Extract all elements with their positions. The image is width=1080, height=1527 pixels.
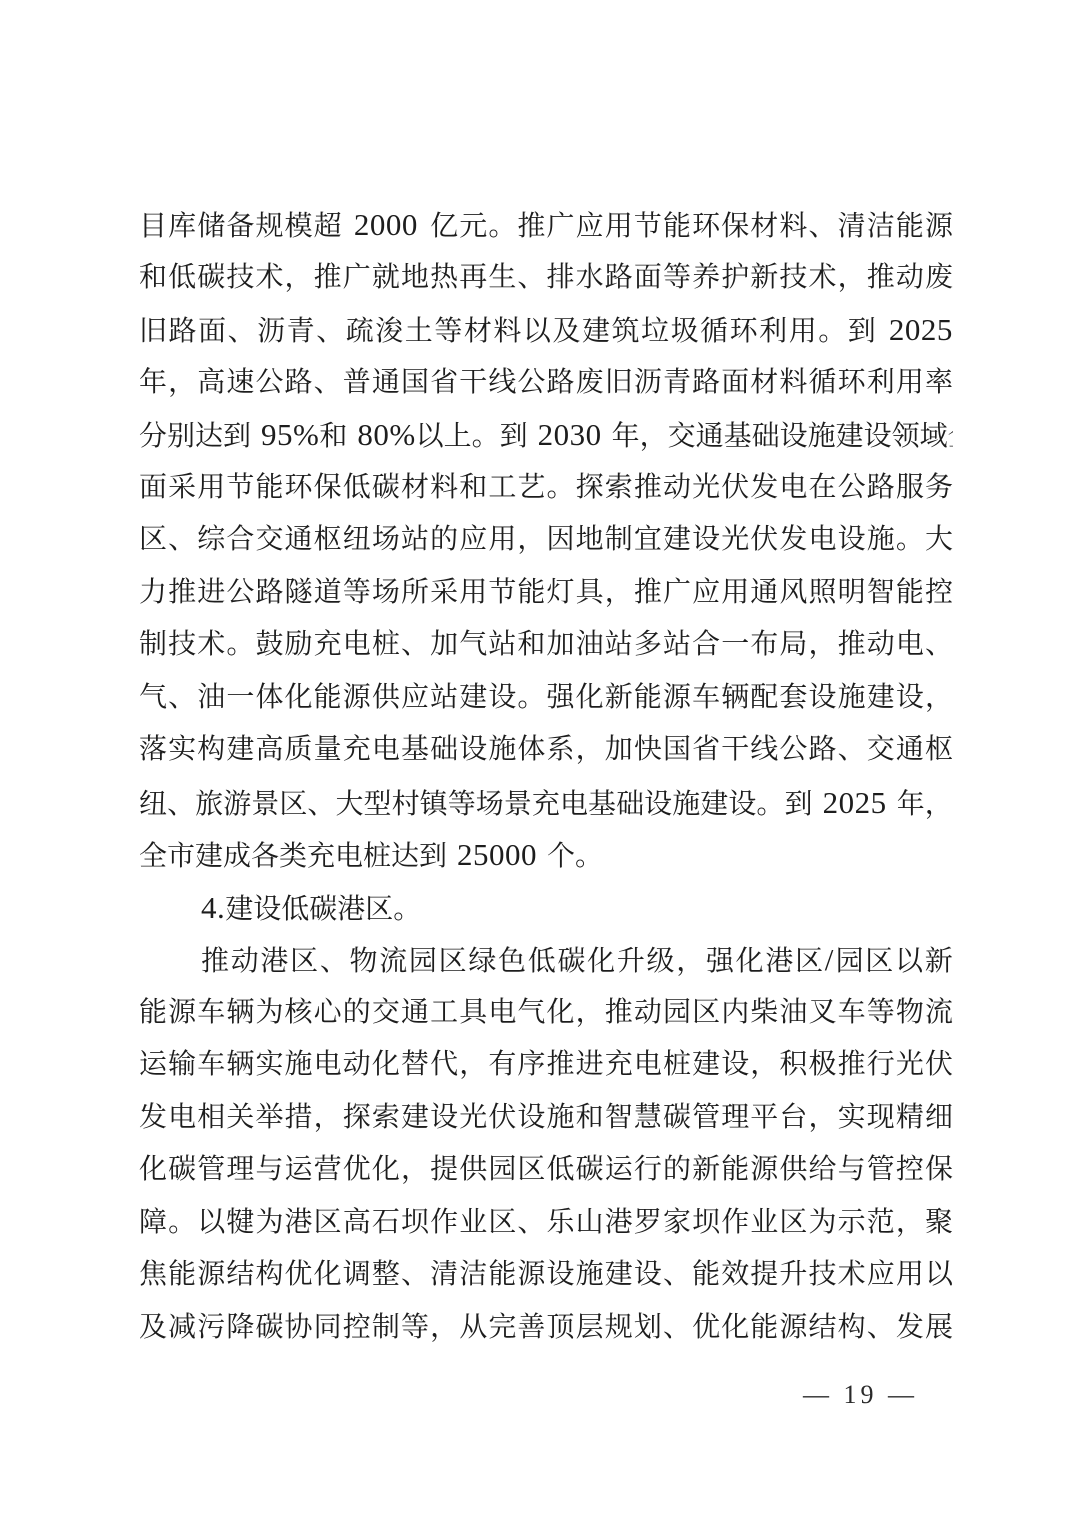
glyph: 快 xyxy=(634,724,662,777)
glyph: 域 xyxy=(920,411,948,462)
glyph: 有 xyxy=(488,1039,516,1092)
glyph: 高 xyxy=(255,724,283,777)
glyph: 障 xyxy=(139,1197,167,1250)
glyph: 作 xyxy=(721,1197,749,1250)
glyph: 化 xyxy=(314,1249,342,1302)
glyph: 辆 xyxy=(721,672,749,725)
glyph: 、 xyxy=(168,672,196,725)
glyph: 基 xyxy=(588,779,616,830)
glyph: 充 xyxy=(307,831,335,882)
glyph: 。 xyxy=(756,779,784,830)
glyph: 技 xyxy=(226,252,254,305)
text-line: 能源车辆为核心的交通工具电气化，推动园区内柴油叉车等物流 xyxy=(139,987,953,1040)
text-line: 焦能源结构优化调整、清洁能源设施建设、能效提升技术应用以 xyxy=(139,1249,953,1302)
glyph: 率 xyxy=(925,357,953,410)
glyph: ， xyxy=(517,514,545,567)
glyph: 建 xyxy=(692,1039,720,1092)
glyph: 励 xyxy=(285,619,313,672)
glyph: 运 xyxy=(605,1144,633,1197)
glyph: 速 xyxy=(226,357,254,410)
glyph: ， xyxy=(401,1144,429,1197)
glyph: 结 xyxy=(226,1249,254,1302)
glyph: 用 xyxy=(896,357,924,410)
glyph: 通 xyxy=(696,411,724,462)
glyph: 代 xyxy=(430,1039,458,1092)
glyph: 桩 xyxy=(363,831,391,882)
glyph: 发 xyxy=(139,1092,167,1145)
glyph: 能 xyxy=(634,672,662,725)
glyph: 优 xyxy=(285,1249,313,1302)
glyph: 管 xyxy=(197,1144,225,1197)
glyph: 鼓 xyxy=(255,619,283,672)
glyph: 区 xyxy=(692,987,720,1040)
glyph: 构 xyxy=(197,724,225,777)
glyph: 2000 xyxy=(354,199,418,252)
glyph: 青 xyxy=(663,357,691,410)
glyph: 、 xyxy=(517,252,545,305)
glyph: 车 xyxy=(197,987,225,1040)
glyph: 、 xyxy=(401,1249,429,1302)
glyph: 站 xyxy=(663,619,691,672)
glyph: 施 xyxy=(867,514,895,567)
glyph: 与 xyxy=(838,1144,866,1197)
glyph: 污 xyxy=(197,1302,225,1355)
glyph: 公 xyxy=(838,462,866,515)
glyph: 行 xyxy=(634,1144,662,1197)
glyph: 加 xyxy=(430,619,458,672)
glyph: 年 xyxy=(897,779,925,830)
document-body: 目库储备规模超2000亿元。推广应用节能环保材料、清洁能源和低碳技术，推广就地热… xyxy=(139,199,953,1354)
glyph: 灯 xyxy=(547,567,575,620)
glyph: 、 xyxy=(307,779,335,830)
glyph: 绿 xyxy=(468,936,496,987)
glyph: 干 xyxy=(459,357,487,410)
glyph: 园 xyxy=(409,936,437,987)
glyph: 为 xyxy=(809,1197,837,1250)
glyph: 区 xyxy=(779,1197,807,1250)
glyph: 气 xyxy=(459,619,487,672)
glyph: 、 xyxy=(809,201,837,252)
glyph: 整 xyxy=(372,1249,400,1302)
glyph: 采 xyxy=(430,567,458,620)
glyph: 通 xyxy=(896,724,924,777)
glyph: 应 xyxy=(401,672,429,725)
glyph: 4. xyxy=(201,882,225,935)
glyph: 的 xyxy=(663,1144,691,1197)
glyph: 光 xyxy=(896,1039,924,1092)
glyph: 探 xyxy=(576,462,604,515)
space xyxy=(419,234,429,235)
glyph: 布 xyxy=(750,619,778,672)
glyph: 。 xyxy=(168,1197,196,1250)
glyph: 环 xyxy=(692,201,720,252)
glyph: 源 xyxy=(168,987,196,1040)
glyph: 一 xyxy=(226,672,254,725)
text-line: 年，高速公路、普通国省干线公路废旧沥青路面材料循环利用率 xyxy=(139,357,953,410)
glyph: 强 xyxy=(706,936,734,987)
glyph: 能 xyxy=(750,1302,778,1355)
glyph: 路 xyxy=(809,724,837,777)
text-line: 目库储备规模超2000亿元。推广应用节能环保材料、清洁能源 xyxy=(139,199,953,252)
glyph: 材 xyxy=(750,357,778,410)
glyph: 等 xyxy=(401,1302,429,1355)
glyph: 设 xyxy=(459,724,487,777)
glyph: 落 xyxy=(139,724,167,777)
glyph: 工 xyxy=(430,987,458,1040)
glyph: 建 xyxy=(225,884,253,935)
glyph: 、 xyxy=(228,306,256,357)
glyph: 因 xyxy=(547,514,575,567)
glyph: 为 xyxy=(255,987,283,1040)
glyph: 化 xyxy=(587,936,615,987)
glyph: 交 xyxy=(867,724,895,777)
glyph: 为 xyxy=(255,1197,283,1250)
glyph: 大 xyxy=(925,514,953,567)
glyph: 旅 xyxy=(195,779,223,830)
glyph: 料 xyxy=(779,357,807,410)
glyph: 能 xyxy=(255,462,283,515)
glyph: 广 xyxy=(547,201,575,252)
glyph: 低 xyxy=(343,462,371,515)
glyph: 家 xyxy=(663,1197,691,1250)
glyph: 。 xyxy=(488,201,516,252)
glyph: 辆 xyxy=(226,987,254,1040)
glyph: ， xyxy=(640,411,668,462)
glyph: 术 xyxy=(838,1249,866,1302)
paragraph-low-carbon-port-body: 推动港区、物流园区绿色低碳化升级，强化港区/园区以新能源车辆为核心的交通工具电气… xyxy=(139,934,953,1354)
glyph: 元 xyxy=(459,201,487,252)
glyph: 设 xyxy=(430,1092,458,1145)
glyph: 源 xyxy=(925,201,953,252)
glyph: 疏 xyxy=(346,306,374,357)
glyph: 的 xyxy=(343,987,371,1040)
glyph: 设 xyxy=(547,1249,575,1302)
glyph: 沥 xyxy=(634,357,662,410)
glyph: 材 xyxy=(464,306,492,357)
glyph: 循 xyxy=(700,306,728,357)
document-page: 目库储备规模超2000亿元。推广应用节能环保材料、清洁能源和低碳技术，推广就地热… xyxy=(0,0,1080,1527)
glyph: 发 xyxy=(896,1302,924,1355)
glyph: 构 xyxy=(838,1302,866,1355)
glyph: 高 xyxy=(197,357,225,410)
glyph: 在 xyxy=(809,462,837,515)
glyph: 理 xyxy=(226,1144,254,1197)
page-number: — 19 — xyxy=(803,1380,918,1410)
glyph: 。 xyxy=(896,514,924,567)
text-line: 和低碳技术，推广就地热再生、排水路面等养护新技术，推动废 xyxy=(139,252,953,305)
glyph: 管 xyxy=(867,1144,895,1197)
glyph: 合 xyxy=(692,619,720,672)
glyph: 和 xyxy=(459,462,487,515)
glyph: 公 xyxy=(255,357,283,410)
glyph: 、 xyxy=(663,1302,691,1355)
glyph: 碳 xyxy=(576,1144,604,1197)
glyph: 纽 xyxy=(343,514,371,567)
text-line: 全市建成各类充电桩达到25000个。 xyxy=(139,829,953,882)
glyph: 山 xyxy=(576,1197,604,1250)
glyph: 控 xyxy=(925,567,953,620)
glyph: 化 xyxy=(576,672,604,725)
glyph: 罗 xyxy=(634,1197,662,1250)
glyph: 路 xyxy=(255,567,283,620)
glyph: 建 xyxy=(867,672,895,725)
glyph: 路 xyxy=(605,252,633,305)
glyph: 用 xyxy=(789,306,817,357)
paragraph-continued-road-transport: 目库储备规模超2000亿元。推广应用节能环保材料、清洁能源和低碳技术，推广就地热… xyxy=(139,199,953,882)
glyph: 设 xyxy=(809,672,837,725)
glyph: 。 xyxy=(393,884,421,935)
text-line: 纽、旅游景区、大型村镇等场景充电基础设施建设。到2025年， xyxy=(139,777,953,830)
glyph: 措 xyxy=(285,1092,313,1145)
glyph: 采 xyxy=(168,462,196,515)
glyph: 、 xyxy=(517,1197,545,1250)
glyph: 用 xyxy=(488,514,516,567)
space xyxy=(343,234,353,235)
text-line: 及减污降碳协同控制等，从完善顶层规划、优化能源结构、发展 xyxy=(139,1302,953,1355)
glyph: 旧 xyxy=(605,357,633,410)
glyph: 材 xyxy=(401,462,429,515)
glyph: 碳 xyxy=(309,884,337,935)
glyph: 光 xyxy=(459,1092,487,1145)
glyph: 新 xyxy=(605,672,633,725)
glyph: 极 xyxy=(809,1039,837,1092)
glyph: 充 xyxy=(343,724,371,777)
glyph: 平 xyxy=(750,1092,778,1145)
glyph: 2025 xyxy=(889,304,953,357)
text-line: 化碳管理与运营优化，提供园区低碳运行的新能源供给与管控保 xyxy=(139,1144,953,1197)
glyph: 排 xyxy=(547,252,575,305)
glyph: 干 xyxy=(721,724,749,777)
glyph: 化 xyxy=(372,1039,400,1092)
glyph: 建 xyxy=(401,1092,429,1145)
glyph: 线 xyxy=(488,357,516,410)
glyph: 车 xyxy=(692,672,720,725)
glyph: 伏 xyxy=(488,1092,516,1145)
glyph: 伏 xyxy=(750,514,778,567)
glyph: 模 xyxy=(285,201,313,252)
glyph: 规 xyxy=(605,1302,633,1355)
glyph: 设 xyxy=(253,884,281,935)
glyph: 景 xyxy=(504,779,532,830)
glyph: 用 xyxy=(896,1249,924,1302)
glyph: 心 xyxy=(314,987,342,1040)
glyph: 光 xyxy=(721,514,749,567)
glyph: 路 xyxy=(547,357,575,410)
glyph: 强 xyxy=(547,672,575,725)
glyph: 具 xyxy=(576,567,604,620)
glyph: 环 xyxy=(730,306,758,357)
glyph: 隧 xyxy=(285,567,313,620)
glyph: 领 xyxy=(892,411,920,462)
glyph: 发 xyxy=(779,514,807,567)
glyph: 95% xyxy=(261,409,319,462)
glyph: 的 xyxy=(430,514,458,567)
glyph: ， xyxy=(676,936,704,987)
glyph: 升 xyxy=(779,1249,807,1302)
glyph: 园 xyxy=(488,1144,516,1197)
glyph: 园 xyxy=(663,987,691,1040)
glyph: 、 xyxy=(320,936,348,987)
text-line: 气、油一体化能源供应站建设。强化新能源车辆配套设施建设， xyxy=(139,672,953,725)
glyph: 站 xyxy=(605,619,633,672)
glyph: 气 xyxy=(517,987,545,1040)
glyph: 基 xyxy=(724,411,752,462)
text-line: 区、综合交通枢纽场站的应用，因地制宜建设光伏发电设施。大 xyxy=(139,514,953,567)
glyph: ， xyxy=(925,779,953,830)
glyph: 能 xyxy=(488,1249,516,1302)
glyph: 碳 xyxy=(372,462,400,515)
glyph: 系 xyxy=(547,724,575,777)
glyph: 线 xyxy=(750,724,778,777)
space xyxy=(347,444,357,445)
glyph: 公 xyxy=(517,357,545,410)
space xyxy=(528,444,538,445)
glyph: 通 xyxy=(372,357,400,410)
glyph: 80% xyxy=(357,409,415,462)
glyph: 浚 xyxy=(375,306,403,357)
glyph: 设 xyxy=(634,1249,662,1302)
glyph: 港 xyxy=(765,936,793,987)
glyph: 能 xyxy=(721,1144,749,1197)
glyph: 举 xyxy=(255,1092,283,1145)
glyph: 通 xyxy=(401,987,429,1040)
glyph: 热 xyxy=(430,252,458,305)
glyph: 能 xyxy=(692,1249,720,1302)
glyph: / xyxy=(825,934,834,987)
glyph: 低 xyxy=(281,884,309,935)
glyph: 储 xyxy=(197,201,225,252)
glyph: 序 xyxy=(517,1039,545,1092)
glyph: 2030 xyxy=(538,409,602,462)
glyph: 范 xyxy=(867,1197,895,1250)
glyph: 设 xyxy=(721,1039,749,1092)
glyph: 、 xyxy=(663,1249,691,1302)
glyph: 源 xyxy=(750,1144,778,1197)
glyph: 。 xyxy=(226,619,254,672)
glyph: 调 xyxy=(343,1249,371,1302)
glyph: 达 xyxy=(391,831,419,882)
glyph: 宜 xyxy=(634,514,662,567)
glyph: 国 xyxy=(401,357,429,410)
glyph: 索 xyxy=(372,1092,400,1145)
glyph: 设 xyxy=(780,411,808,462)
glyph: 全 xyxy=(139,831,167,882)
glyph: 智 xyxy=(605,1092,633,1145)
glyph: 和 xyxy=(576,1092,604,1145)
glyph: 设 xyxy=(864,411,892,462)
glyph: 废 xyxy=(576,357,604,410)
glyph: 到 xyxy=(223,411,251,462)
glyph: 港 xyxy=(605,1197,633,1250)
glyph: 青 xyxy=(287,306,315,357)
glyph: ， xyxy=(285,252,313,305)
glyph: 核 xyxy=(285,987,313,1040)
glyph: 碳 xyxy=(557,936,585,987)
glyph: 细 xyxy=(925,1092,953,1145)
glyph: ， xyxy=(809,1092,837,1145)
glyph: 全 xyxy=(948,411,953,462)
glyph: 推 xyxy=(838,1039,866,1092)
space xyxy=(447,864,457,865)
text-line: 障。以犍为港区高石坝作业区、乐山港罗家坝作业区为示范，聚 xyxy=(139,1197,953,1250)
glyph: 上 xyxy=(444,411,472,462)
glyph: 及 xyxy=(139,1302,167,1355)
glyph: 能 xyxy=(663,201,691,252)
glyph: 区 xyxy=(865,936,893,987)
glyph: 能 xyxy=(896,567,924,620)
glyph: 一 xyxy=(721,619,749,672)
glyph: 清 xyxy=(838,201,866,252)
glyph: 省 xyxy=(692,724,720,777)
glyph: 建 xyxy=(459,672,487,725)
glyph: 区 xyxy=(365,884,393,935)
glyph: 碳 xyxy=(663,1092,691,1145)
glyph: 港 xyxy=(285,1197,313,1250)
glyph: 辆 xyxy=(226,1039,254,1092)
glyph: 电 xyxy=(168,1092,196,1145)
glyph: 用 xyxy=(459,567,487,620)
glyph: 协 xyxy=(285,1302,313,1355)
glyph: 型 xyxy=(364,779,392,830)
glyph: ， xyxy=(925,672,953,725)
glyph: 内 xyxy=(721,987,749,1040)
glyph: 能 xyxy=(896,201,924,252)
glyph: 加 xyxy=(605,724,633,777)
glyph: 设 xyxy=(896,672,924,725)
glyph: 划 xyxy=(634,1302,662,1355)
glyph: 站 xyxy=(430,672,458,725)
glyph: 。 xyxy=(818,306,846,357)
glyph: 等 xyxy=(343,567,371,620)
glyph: 基 xyxy=(401,724,429,777)
glyph: 、 xyxy=(401,619,429,672)
glyph: 风 xyxy=(779,567,807,620)
glyph: 材 xyxy=(750,201,778,252)
glyph: 区 xyxy=(279,779,307,830)
glyph: 加 xyxy=(547,619,575,672)
glyph: 动 xyxy=(231,936,259,987)
glyph: 面 xyxy=(634,252,662,305)
glyph: 场 xyxy=(476,779,504,830)
glyph: 降 xyxy=(226,1302,254,1355)
glyph: 升 xyxy=(617,936,645,987)
glyph: 行 xyxy=(867,1039,895,1092)
glyph: 以 xyxy=(523,306,551,357)
glyph: 物 xyxy=(350,936,378,987)
glyph: 地 xyxy=(576,514,604,567)
glyph: 设 xyxy=(728,779,756,830)
glyph: 建 xyxy=(195,831,223,882)
glyph: 、 xyxy=(316,306,344,357)
glyph: 港 xyxy=(260,936,288,987)
glyph: 洁 xyxy=(867,201,895,252)
glyph: 、 xyxy=(925,619,953,672)
glyph: ， xyxy=(838,252,866,305)
glyph: 、 xyxy=(168,514,196,567)
glyph: 旧 xyxy=(139,306,167,357)
glyph: 亿 xyxy=(430,201,458,252)
glyph: 区 xyxy=(517,1144,545,1197)
glyph: 区 xyxy=(439,936,467,987)
glyph: 各 xyxy=(251,831,279,882)
glyph: 垃 xyxy=(641,306,669,357)
glyph: 体 xyxy=(517,724,545,777)
glyph: 区 xyxy=(139,514,167,567)
glyph: 就 xyxy=(372,252,400,305)
glyph: 面 xyxy=(198,306,226,357)
glyph: 电 xyxy=(779,462,807,515)
glyph: 地 xyxy=(401,252,429,305)
